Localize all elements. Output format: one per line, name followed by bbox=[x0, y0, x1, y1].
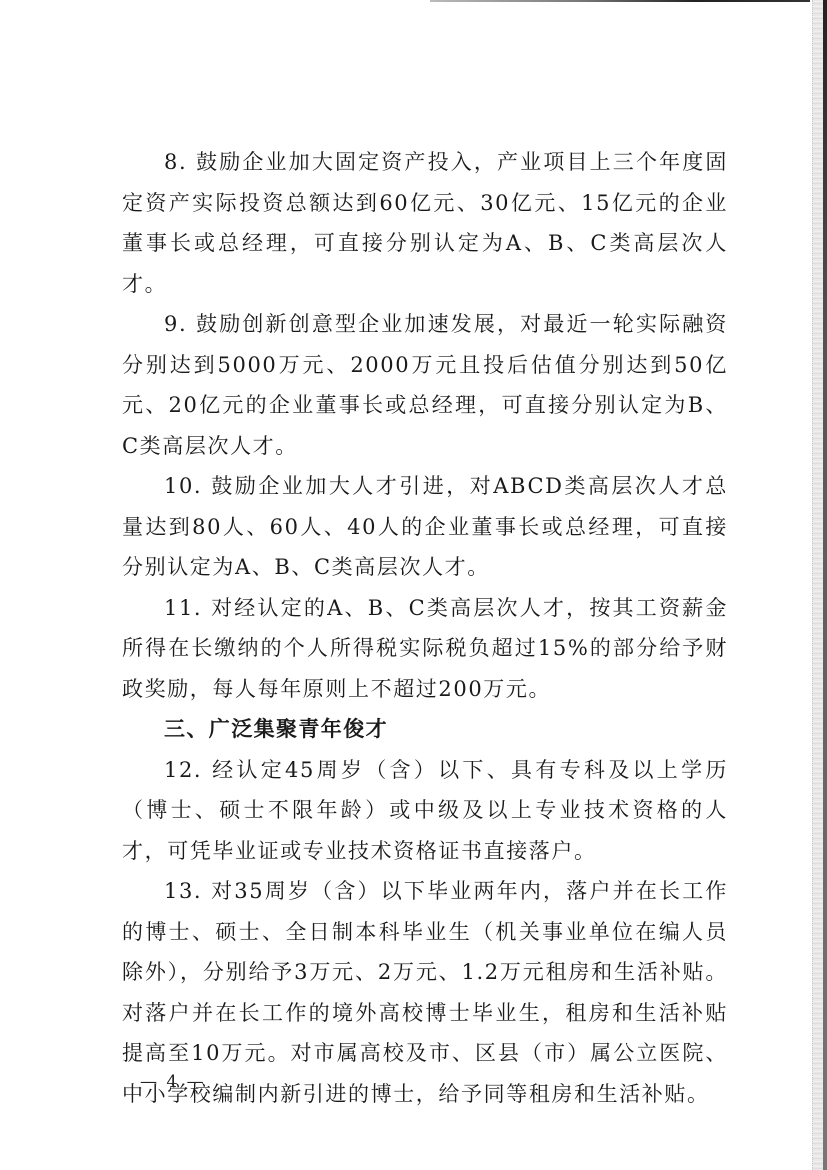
paragraph-item-11: 11. 对经认定的A、B、C类高层次人才，按其工资薪金所得在长缴纳的个人所得税实… bbox=[122, 588, 728, 710]
scan-right-edge bbox=[812, 0, 827, 1170]
paragraph-item-9: 9. 鼓励创新创意型企业加速发展，对最近一轮实际融资分别达到5000万元、200… bbox=[122, 304, 728, 466]
page-number: — 4 — bbox=[140, 1072, 206, 1092]
paragraph-item-13: 13. 对35周岁（含）以下毕业两年内，落户并在长工作的博士、硕士、全日制本科毕… bbox=[122, 871, 728, 1114]
paragraph-item-10: 10. 鼓励企业加大人才引进，对ABCD类高层次人才总量达到80人、60人、40… bbox=[122, 466, 728, 588]
scan-top-edge bbox=[430, 0, 810, 2]
document-page: 8. 鼓励企业加大固定资产投入，产业项目上三个年度固定资产实际投资总额达到60亿… bbox=[122, 142, 728, 1114]
section-heading-3: 三、广泛集聚青年俊才 bbox=[122, 709, 728, 750]
paragraph-item-8: 8. 鼓励企业加大固定资产投入，产业项目上三个年度固定资产实际投资总额达到60亿… bbox=[122, 142, 728, 304]
paragraph-item-12: 12. 经认定45周岁（含）以下、具有专科及以上学历（博士、硕士不限年龄）或中级… bbox=[122, 750, 728, 872]
